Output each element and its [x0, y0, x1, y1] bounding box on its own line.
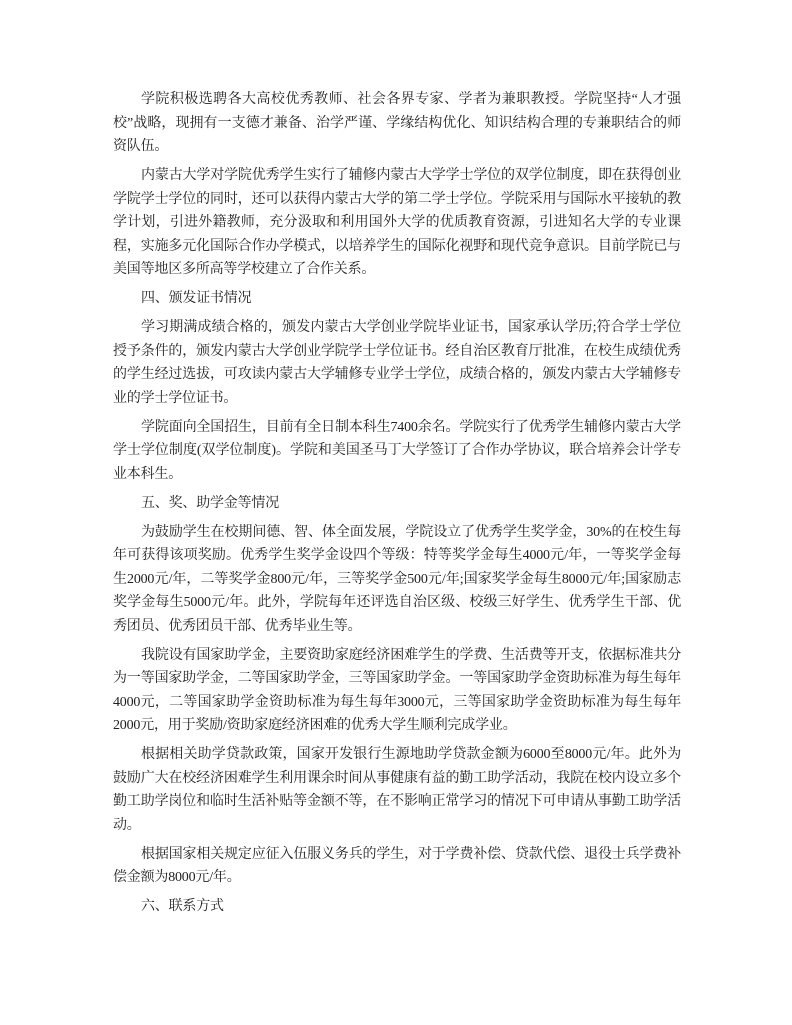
- paragraph-student-loans: 根据相关助学贷款政策，国家开发银行生源地助学贷款金额为6000至8000元/年。…: [113, 743, 681, 837]
- document-page: 学院积极选聘各大高校优秀教师、社会各界专家、学者为兼职教授。学院坚持“人才强校”…: [0, 0, 792, 1025]
- paragraph-state-grants: 我院设有国家助学金，主要资助家庭经济困难学生的学费、生活费等开支，依据标准共分为…: [113, 644, 681, 738]
- paragraph-certificate-details: 学习期满成绩合格的，颁发内蒙古大学创业学院毕业证书，国家承认学历;符合学士学位授…: [113, 316, 681, 410]
- paragraph-scholarship-levels: 为鼓励学生在校期间德、智、体全面发展，学院设立了优秀学生奖学金，30%的在校生每…: [113, 521, 681, 639]
- paragraph-faculty: 学院积极选聘各大高校优秀教师、社会各界专家、学者为兼职教授。学院坚持“人才强校”…: [113, 88, 681, 159]
- paragraph-military-service: 根据国家相关规定应征入伍服义务兵的学生，对于学费补偿、贷款代偿、退役士兵学费补偿…: [113, 843, 681, 890]
- section-heading-contact: 六、联系方式: [113, 895, 681, 919]
- section-heading-certificates: 四、颁发证书情况: [113, 287, 681, 311]
- paragraph-enrollment: 学院面向全国招生，目前有全日制本科生7400余名。学院实行了优秀学生辅修内蒙古大…: [113, 416, 681, 487]
- paragraph-dual-degree: 内蒙古大学对学院优秀学生实行了辅修内蒙古大学学士学位的双学位制度，即在获得创业学…: [113, 164, 681, 282]
- document-content: 学院积极选聘各大高校优秀教师、社会各界专家、学者为兼职教授。学院坚持“人才强校”…: [113, 88, 681, 924]
- section-heading-scholarships: 五、奖、助学金等情况: [113, 492, 681, 516]
